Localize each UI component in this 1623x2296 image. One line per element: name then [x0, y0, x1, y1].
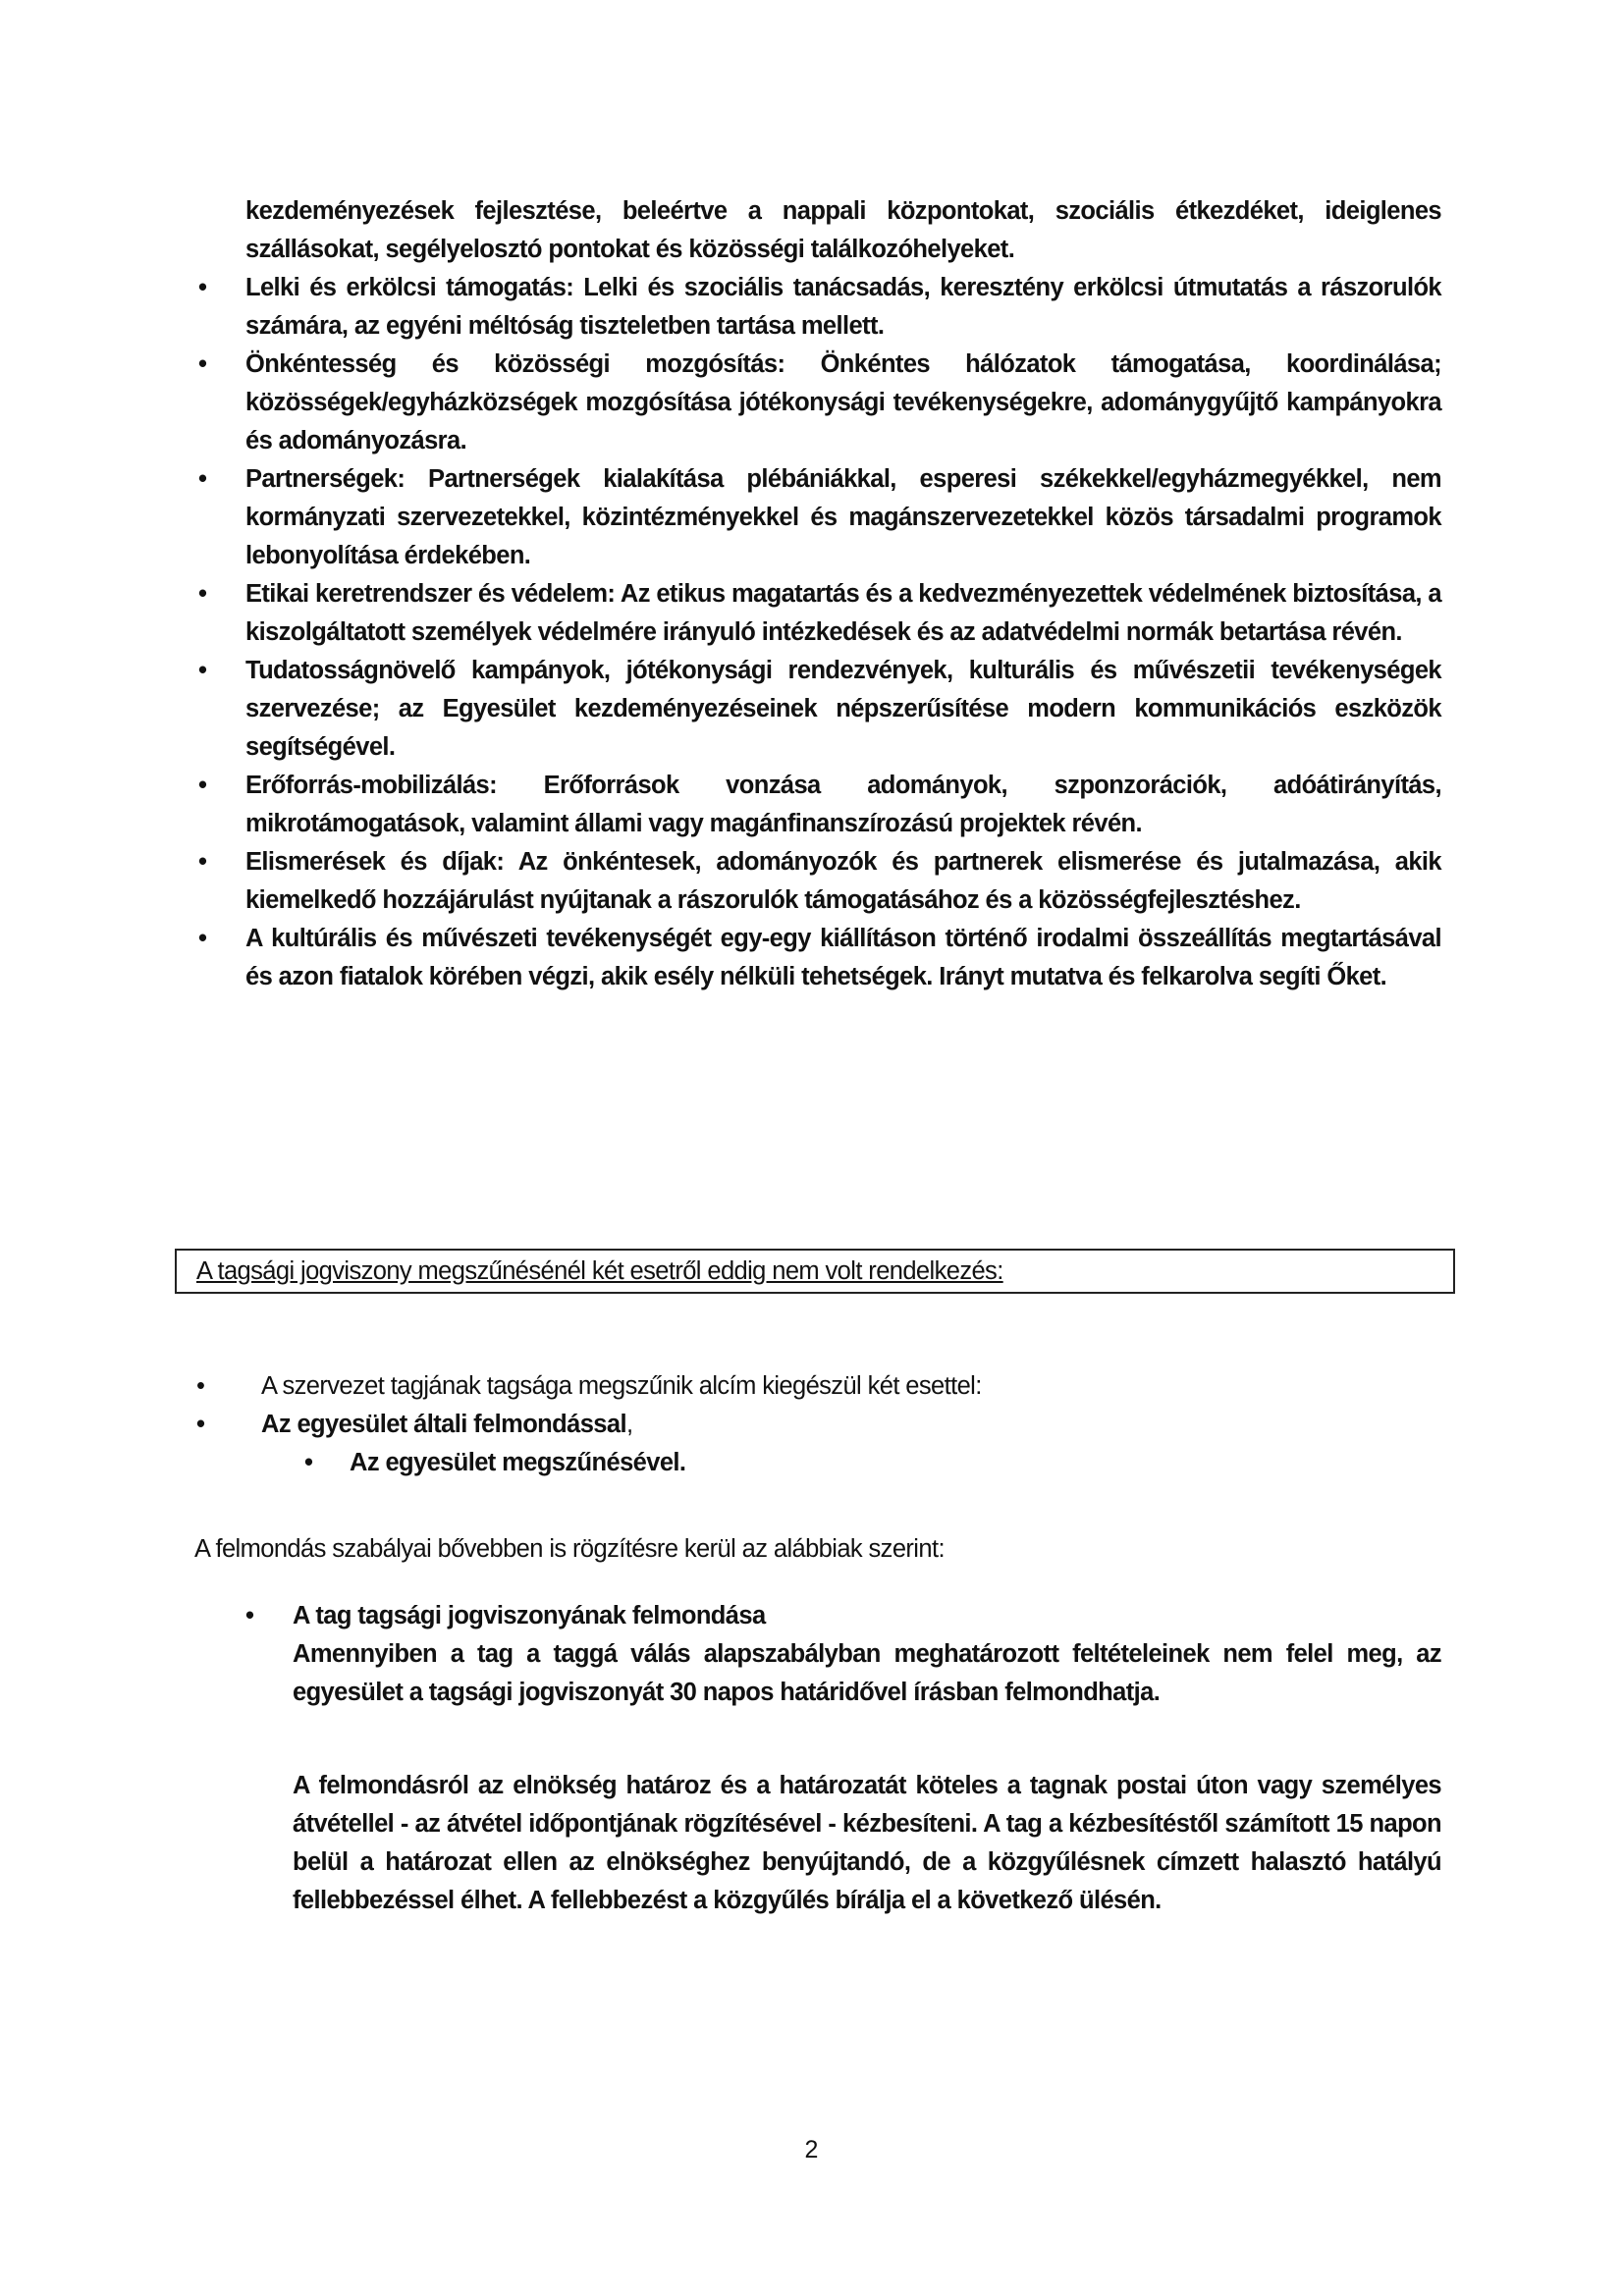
bullet-icon: • [196, 1367, 205, 1406]
list-item: •Etikai keretrendszer és védelem: Az eti… [245, 575, 1441, 652]
list-item: •Partnerségek: Partnerségek kialakítása … [245, 460, 1441, 575]
list-item-text: Lelki és erkölcsi támogatás: Lelki és sz… [245, 274, 1441, 340]
bullet-icon: • [245, 1597, 254, 1635]
rule-paragraph-2: A felmondásról az elnökség határoz és a … [293, 1767, 1441, 1920]
list-item-text: Tudatosságnövelő kampányok, jótékonysági… [245, 657, 1441, 761]
bullet-icon: • [198, 843, 206, 881]
list-item-text: Erőforrás-mobilizálás: Erőforrások vonzá… [245, 772, 1441, 837]
termination-item: Az egyesület általi felmondással, [261, 1406, 632, 1444]
list-item: •Önkéntesség és közösségi mozgósítás: Ön… [245, 346, 1441, 460]
termination-item-suffix: , [626, 1411, 633, 1438]
activities-list: •kezdeményezések fejlesztése, beleértve … [245, 192, 1441, 996]
bullet-icon: • [198, 575, 206, 614]
list-item-text: A kultúrális és művészeti tevékenységét … [245, 925, 1441, 990]
bullet-icon: • [198, 269, 206, 307]
termination-nested-item-text: Az egyesület megszűnésével. [350, 1444, 685, 1482]
list-item: •Tudatosságnövelő kampányok, jótékonyság… [245, 652, 1441, 767]
document-page: •kezdeményezések fejlesztése, beleértve … [0, 0, 1623, 2296]
rule-title: A tag tagsági jogviszonyának felmondása [293, 1597, 766, 1635]
bullet-icon: • [198, 920, 206, 958]
boxed-heading: A tagsági jogviszony megszűnésénél két e… [175, 1249, 1455, 1294]
list-item: •kezdeményezések fejlesztése, beleértve … [245, 192, 1441, 269]
list-item: •A kultúrális és művészeti tevékenységét… [245, 920, 1441, 996]
page-number: 2 [0, 2136, 1623, 2164]
list-item-text: Etikai keretrendszer és védelem: Az etik… [245, 580, 1441, 646]
termination-item-text: Az egyesület általi felmondással [261, 1411, 626, 1438]
intro-paragraph: A felmondás szabályai bővebben is rögzít… [194, 1530, 945, 1569]
list-item: •Lelki és erkölcsi támogatás: Lelki és s… [245, 269, 1441, 346]
bullet-icon: • [198, 346, 206, 384]
bullet-icon: • [304, 1444, 313, 1482]
bullet-icon: • [198, 767, 206, 805]
bullet-icon: • [196, 1406, 205, 1444]
list-item-text: Partnerségek: Partnerségek kialakítása p… [245, 465, 1441, 569]
termination-item-text: A szervezet tagjának tagsága megszűnik a… [261, 1367, 982, 1406]
bullet-icon: • [198, 460, 206, 499]
rule-paragraph-1: Amennyiben a tag a taggá válás alapszabá… [293, 1635, 1441, 1712]
bullet-icon: • [198, 652, 206, 690]
boxed-heading-text: A tagsági jogviszony megszűnésénél két e… [196, 1253, 1003, 1291]
list-item: •Elismerések és díjak: Az önkéntesek, ad… [245, 843, 1441, 920]
list-item-text: Önkéntesség és közösségi mozgósítás: Önk… [245, 350, 1441, 454]
list-item: •Erőforrás-mobilizálás: Erőforrások vonz… [245, 767, 1441, 843]
list-item-text: kezdeményezések fejlesztése, beleértve a… [245, 197, 1441, 263]
list-item-text: Elismerések és díjak: Az önkéntesek, ado… [245, 848, 1441, 914]
